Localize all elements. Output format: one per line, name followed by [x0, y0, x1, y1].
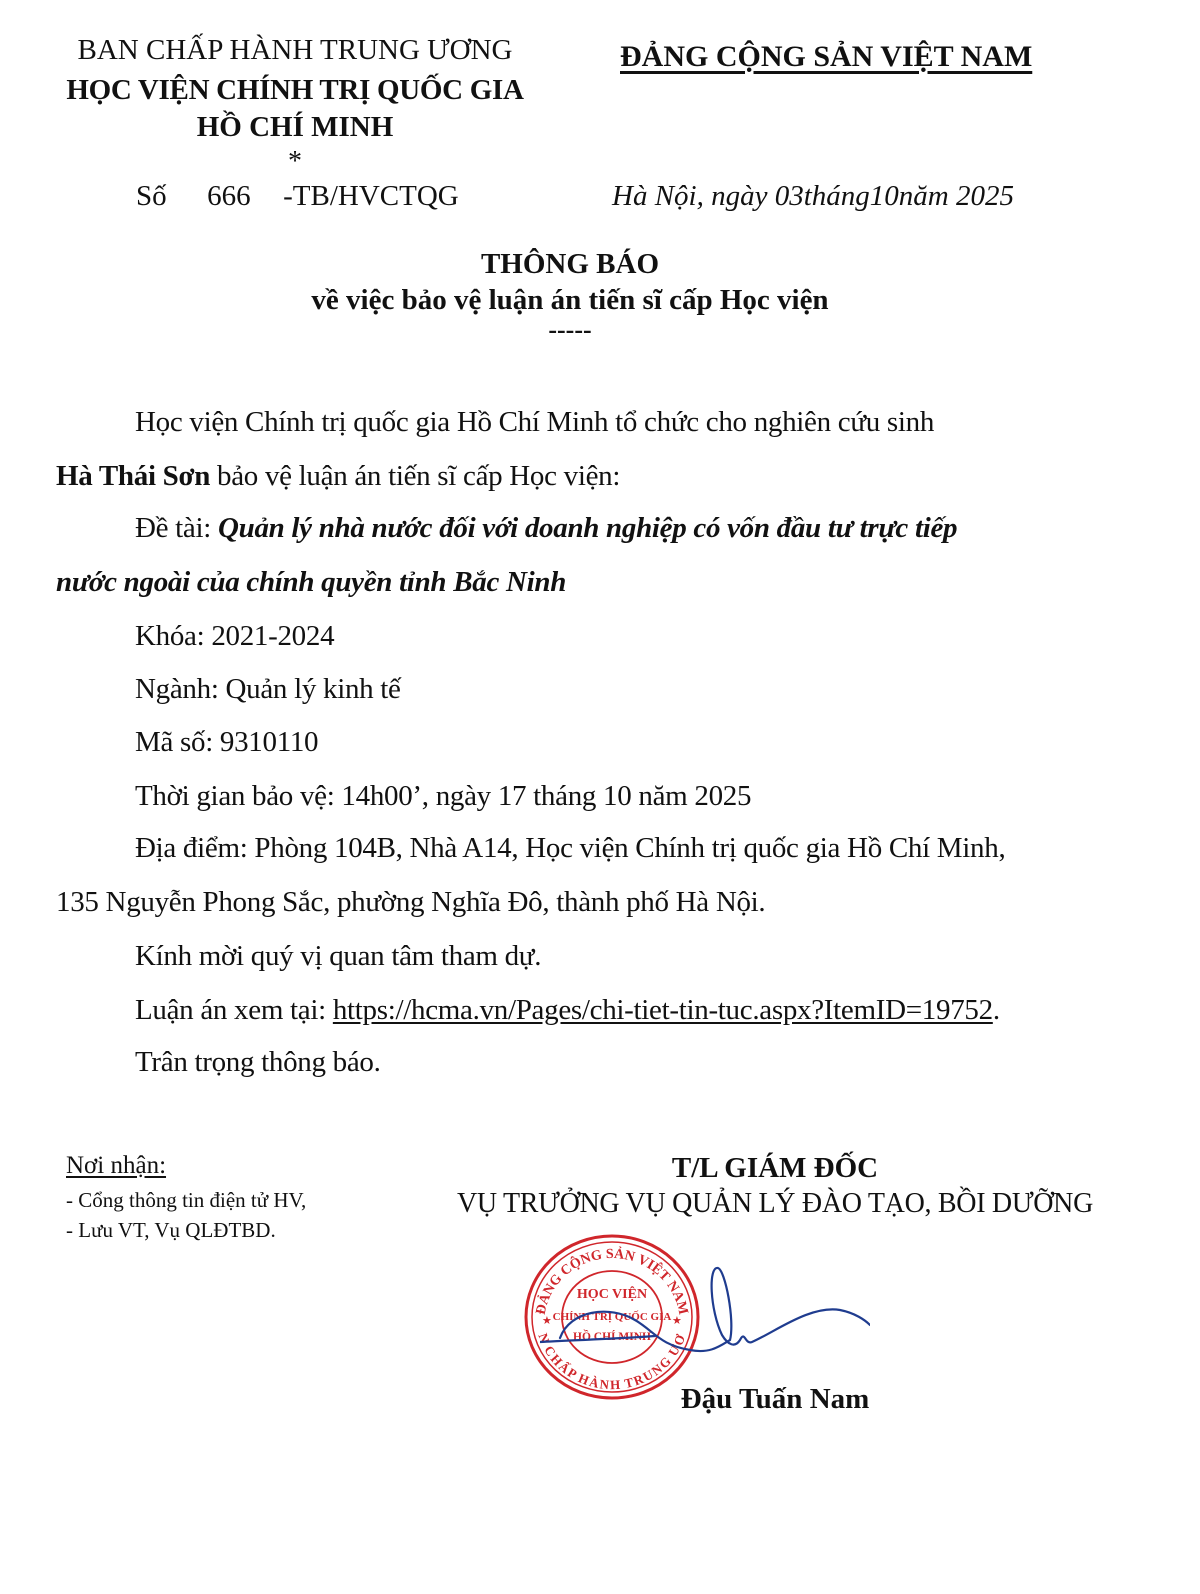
- thesis-link-label: Luận án xem tại:: [135, 994, 333, 1026]
- thesis-link[interactable]: https://hcma.vn/Pages/chi-tiet-tin-tuc.a…: [333, 994, 993, 1026]
- recipients-label: Nơi nhận:: [66, 1152, 166, 1180]
- course-field: Khóa: 2021-2024: [135, 620, 334, 653]
- doc-number-value: 666: [207, 180, 251, 213]
- header-separator-star: *: [40, 146, 550, 178]
- title-divider: -----: [0, 315, 1140, 345]
- org-name-line1: HỌC VIỆN CHÍNH TRỊ QUỐC GIA: [40, 74, 550, 107]
- document-title: THÔNG BÁO: [0, 248, 1140, 281]
- code-field: Mã số: 9310110: [135, 726, 318, 759]
- document-subtitle: về việc bảo vệ luận án tiến sĩ cấp Học v…: [0, 284, 1140, 317]
- doc-number-suffix: -TB/HVCTQG: [283, 180, 459, 213]
- candidate-name: Hà Thái Sơn: [56, 460, 210, 492]
- candidate-line-rest: bảo vệ luận án tiến sĩ cấp Học viện:: [210, 460, 620, 492]
- recipient-item: - Lưu VT, Vụ QLĐTBD.: [66, 1218, 276, 1243]
- org-name-line2: HỒ CHÍ MINH: [40, 111, 550, 144]
- location-line1: Địa điểm: Phòng 104B, Nhà A14, Học viện …: [135, 832, 1005, 865]
- handwritten-signature-icon: [540, 1250, 870, 1360]
- major-field: Ngành: Quản lý kinh tế: [135, 673, 401, 706]
- signer-title: VỤ TRƯỞNG VỤ QUẢN LÝ ĐÀO TẠO, BỒI DƯỠNG: [440, 1188, 1110, 1220]
- topic-label: Đề tài:: [135, 512, 218, 544]
- signer-name: Đậu Tuấn Nam: [440, 1383, 1110, 1416]
- doc-number-prefix: Số: [136, 180, 167, 213]
- signer-role: T/L GIÁM ĐỐC: [440, 1152, 1110, 1185]
- invitation-text: Kính mời quý vị quan tâm tham dự.: [135, 940, 541, 973]
- recipient-item: - Cổng thông tin điện tử HV,: [66, 1188, 306, 1213]
- place-date: Hà Nội, ngày 03tháng10năm 2025: [612, 180, 1014, 213]
- location-line2: 135 Nguyễn Phong Sắc, phường Nghĩa Đô, t…: [56, 886, 765, 919]
- document-number: Số 666 -TB/HVCTQG: [136, 180, 459, 213]
- org-parent: BAN CHẤP HÀNH TRUNG ƯƠNG: [40, 34, 550, 67]
- topic-title-line2: nước ngoài của chính quyền tỉnh Bắc Ninh: [56, 566, 566, 599]
- intro-line: Học viện Chính trị quốc gia Hồ Chí Minh …: [135, 406, 934, 439]
- topic-title-line1: Quản lý nhà nước đối với doanh nghiệp có…: [218, 512, 957, 544]
- thesis-link-line: Luận án xem tại: https://hcma.vn/Pages/c…: [135, 994, 1000, 1027]
- topic-line: Đề tài: Quản lý nhà nước đối với doanh n…: [135, 512, 957, 545]
- defense-time-field: Thời gian bảo vệ: 14h00’, ngày 17 tháng …: [135, 780, 751, 813]
- party-name: ĐẢNG CỘNG SẢN VIỆT NAM: [620, 40, 1032, 74]
- thesis-link-period: .: [993, 994, 1000, 1026]
- candidate-line: Hà Thái Sơn bảo vệ luận án tiến sĩ cấp H…: [56, 460, 620, 493]
- closing-text: Trân trọng thông báo.: [135, 1046, 381, 1079]
